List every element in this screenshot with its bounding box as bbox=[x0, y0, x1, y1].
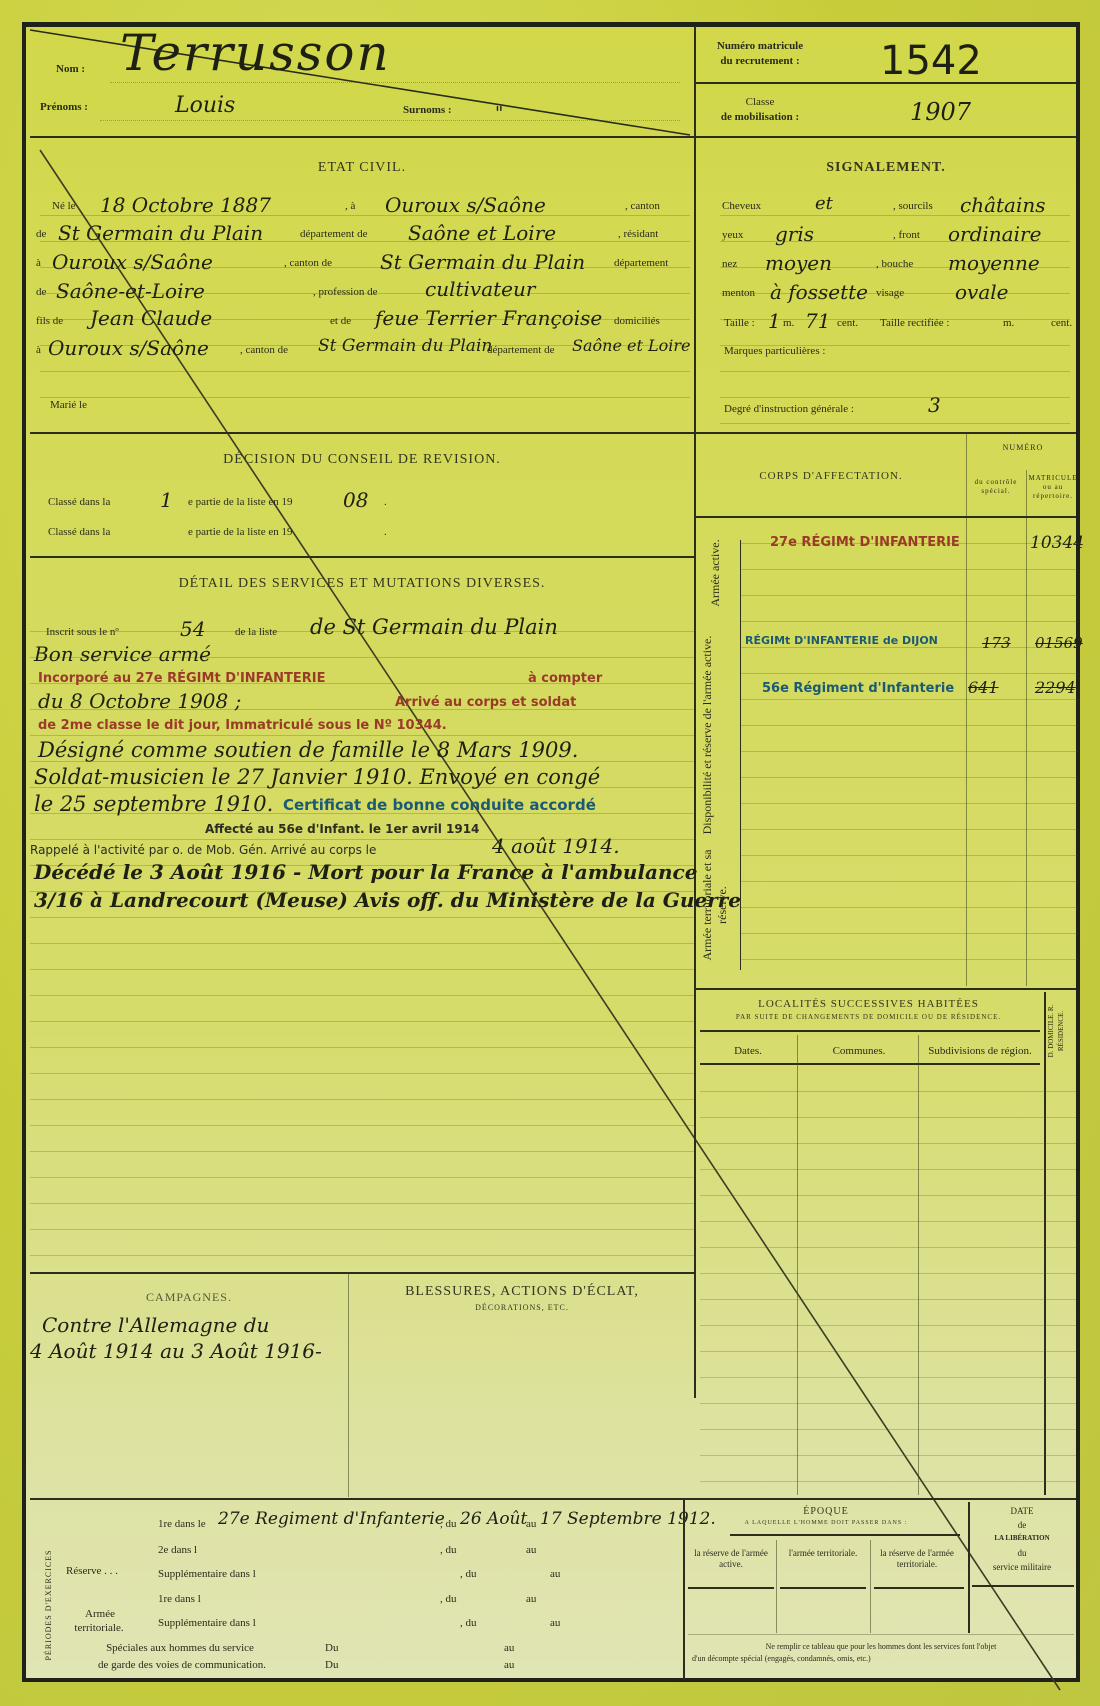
corps-row-2: RÉGIMt D'INFANTERIE de DIJON bbox=[745, 634, 938, 647]
domicile-parents: Ouroux s/Saône bbox=[48, 336, 209, 360]
controle-special-header: du contrôle spécial. bbox=[968, 478, 1024, 496]
conseil-revision-title: DÉCISION DU CONSEIL DE REVISION. bbox=[30, 452, 694, 468]
periode-row-1-du: 26 Août bbox=[460, 1509, 527, 1529]
service-line-avis-officiel: 3/16 à Landrecourt (Meuse) Avis off. du … bbox=[34, 888, 741, 912]
periode-row-3-du-label: , du bbox=[460, 1568, 477, 1580]
periode-row-4-label: 1re dans l bbox=[158, 1593, 201, 1605]
prenoms-label: Prénoms : bbox=[40, 101, 88, 113]
yeux-value: gris bbox=[775, 222, 814, 246]
corps-row-3-controle: 641 bbox=[968, 678, 999, 697]
territoriale-label-1: Armée bbox=[60, 1608, 140, 1620]
matricule-value: 1542 bbox=[880, 38, 982, 84]
liberation-label-2: de bbox=[970, 1520, 1074, 1530]
corps-row-2-matricule: 01569 bbox=[1035, 634, 1083, 652]
mere-value: feue Terrier Françoise bbox=[375, 306, 602, 330]
corps-affectation-header: CORPS D'AFFECTATION. bbox=[696, 470, 966, 482]
profession-label: , profession de bbox=[313, 286, 377, 298]
service-line-conge: le 25 septembre 1910. bbox=[34, 792, 273, 816]
nom-label: Nom : bbox=[56, 63, 85, 75]
liste-value: de St Germain du Plain bbox=[310, 615, 558, 639]
residant-label: , résidant bbox=[618, 228, 658, 240]
service-line-deces: Décédé le 3 Août 1916 - Mort pour la Fra… bbox=[34, 860, 697, 884]
territoriale-label-2: territoriale. bbox=[56, 1622, 142, 1634]
nez-value: moyen bbox=[765, 251, 832, 275]
classe-row-1-label: Classé dans la bbox=[48, 496, 110, 508]
taille-rectifiee-cent-label: cent. bbox=[1051, 317, 1072, 329]
yeux-label: yeux bbox=[722, 229, 743, 241]
residence-commune: Ouroux s/Saône bbox=[52, 250, 213, 274]
service-line-rappel-date: 4 août 1914. bbox=[492, 834, 620, 858]
taille-label: Taille : bbox=[724, 317, 755, 329]
nom-value: Terrusson bbox=[120, 24, 391, 82]
menton-value: à fossette bbox=[770, 280, 868, 304]
a-label: , à bbox=[345, 200, 355, 212]
epoque-col-reserve-territoriale: la réserve de l'armée territoriale. bbox=[872, 1548, 962, 1570]
pere-value: Jean Claude bbox=[90, 306, 212, 330]
taille-cent-label: cent. bbox=[837, 317, 858, 329]
liste-label: de la liste bbox=[235, 626, 277, 638]
periode-row-5-label: Supplémentaire dans l bbox=[158, 1617, 256, 1629]
periode-row-2-au-label: au bbox=[526, 1544, 536, 1556]
classe-row-1-partie-label: e partie de la liste en 19 bbox=[188, 496, 292, 508]
service-line-bon-service: Bon service armé bbox=[34, 642, 211, 666]
canton-label-3: , canton de bbox=[240, 344, 288, 356]
degre-instruction-label: Degré d'instruction générale : bbox=[724, 403, 854, 415]
epoque-note-1: Ne remplir ce tableau que pour les homme… bbox=[686, 1642, 1076, 1651]
canton-parents: St Germain du Plain bbox=[318, 336, 492, 356]
liberation-label-1: DATE bbox=[970, 1506, 1074, 1516]
localites-subtitle: PAR SUITE DE CHANGEMENTS DE DOMICILE OU … bbox=[696, 1013, 1041, 1021]
campagnes-line-2: 4 Août 1914 au 3 Août 1916- bbox=[30, 1339, 322, 1363]
periode-row-5-du-label: , du bbox=[460, 1617, 477, 1629]
service-line-rappele: Rappelé à l'activité par o. de Mob. Gén.… bbox=[30, 843, 376, 857]
visage-label: visage bbox=[876, 287, 904, 299]
surnoms-label: Surnoms : bbox=[403, 104, 452, 116]
marques-label: Marques particulières : bbox=[724, 345, 825, 357]
service-line-incorpore-stamp: Incorporé au 27e RÉGIMt D'INFANTERIE bbox=[38, 671, 326, 686]
corps-row-2-controle: 173 bbox=[982, 634, 1011, 652]
corps-row-3-matricule: 2294 bbox=[1035, 678, 1076, 697]
periode-row-4-au-label: au bbox=[526, 1593, 536, 1605]
epoque-subtitle: A LAQUELLE L'HOMME DOIT PASSER DANS : bbox=[686, 1520, 966, 1526]
group-disponibilite-reserve: Disponibilité et réserve de l'armée acti… bbox=[700, 635, 715, 835]
classe-row-2-end: . bbox=[384, 526, 387, 538]
periode-row-1-value: 27e Regiment d'Infanterie bbox=[218, 1509, 445, 1529]
front-label: , front bbox=[893, 229, 920, 241]
departement-label-2: département bbox=[614, 257, 668, 269]
lieu-naissance: Ouroux s/Saône bbox=[385, 193, 546, 217]
sourcils-value: châtains bbox=[960, 193, 1046, 217]
classe-row-1-end: . bbox=[384, 496, 387, 508]
speciales-label-1: Spéciales aux hommes du service bbox=[60, 1642, 300, 1654]
reserve-label: Réserve . . . bbox=[66, 1565, 118, 1577]
departement-naissance: Saône et Loire bbox=[408, 221, 556, 245]
taille-rectifiee-m-label: m. bbox=[1003, 317, 1014, 329]
service-line-date-incorporation: du 8 Octobre 1908 ; bbox=[38, 689, 241, 713]
classe-label-2: de mobilisation : bbox=[700, 111, 820, 123]
periode-row-1-au-label: au bbox=[526, 1518, 536, 1530]
date-naissance: 18 Octobre 1887 bbox=[100, 193, 271, 217]
cheveux-label: Cheveux bbox=[722, 200, 761, 212]
profession-value: cultivateur bbox=[425, 277, 535, 301]
canton-label-2: , canton de bbox=[284, 257, 332, 269]
sourcils-label: , sourcils bbox=[893, 200, 933, 212]
departement-label: département de bbox=[300, 228, 368, 240]
signalement-title: SIGNALEMENT. bbox=[696, 160, 1076, 176]
nez-label: nez bbox=[722, 258, 737, 270]
service-line-soldat-musicien: Soldat-musicien le 27 Janvier 1910. Envo… bbox=[34, 765, 600, 789]
campagnes-line-1: Contre l'Allemagne du bbox=[42, 1313, 269, 1337]
localites-col-communes: Communes. bbox=[800, 1045, 918, 1057]
residence-departement: Saône-et-Loire bbox=[56, 279, 205, 303]
a-label-3: à bbox=[36, 344, 41, 356]
speciales-au-2: au bbox=[504, 1659, 514, 1671]
periode-row-3-label: Supplémentaire dans l bbox=[158, 1568, 256, 1580]
marie-le-label: Marié le bbox=[50, 399, 87, 411]
speciales-au-1: au bbox=[504, 1642, 514, 1654]
localites-title: LOCALITÉS SUCCESSIVES HABITÉES bbox=[696, 998, 1041, 1010]
epoque-col-territoriale: l'armée territoriale. bbox=[778, 1548, 868, 1559]
periode-row-1-label: 1re dans le bbox=[158, 1518, 206, 1530]
speciales-du-1: Du bbox=[325, 1642, 338, 1654]
classe-label-1: Classe bbox=[700, 96, 820, 108]
departement-parents: Saône et Loire bbox=[572, 336, 690, 355]
fils-de-label: fils de bbox=[36, 315, 63, 327]
taille-centimetres: 71 bbox=[805, 309, 830, 333]
corps-row-3: 56e Régiment d'Infanterie bbox=[762, 681, 954, 696]
liberation-label-4: du bbox=[970, 1548, 1074, 1558]
group-armee-territoriale: Armée territoriale et sa réserve. bbox=[700, 835, 730, 975]
domicilies-label: domiciliés bbox=[614, 315, 660, 327]
periode-row-3-au-label: au bbox=[550, 1568, 560, 1580]
liberation-label-5: service militaire bbox=[970, 1562, 1074, 1572]
periode-row-2-label: 2e dans l bbox=[158, 1544, 197, 1556]
bouche-label: , bouche bbox=[876, 258, 913, 270]
periode-row-2-du-label: , du bbox=[440, 1544, 457, 1556]
epoque-title: ÉPOQUE bbox=[686, 1506, 966, 1517]
service-line-immatricule: de 2me classe le dit jour, Immatriculé s… bbox=[38, 718, 447, 733]
inscrit-label: Inscrit sous le nº bbox=[46, 626, 119, 638]
matricule-repertoire-header: MATRICULE ou au répertoire. bbox=[1026, 474, 1080, 501]
periode-row-5-au-label: au bbox=[550, 1617, 560, 1629]
epoque-col-reserve-active: la réserve de l'armée active. bbox=[688, 1548, 774, 1570]
domicile-residence-label: D. DOMICILE. R. RÉSIDENCE. bbox=[1046, 996, 1066, 1066]
service-line-affecte-stamp: Affecté au 56e d'Infant. le 1er avril 19… bbox=[205, 822, 479, 836]
classe-row-2-label: Classé dans la bbox=[48, 526, 110, 538]
inscrit-value: 54 bbox=[180, 617, 205, 641]
taille-m-label: m. bbox=[783, 317, 794, 329]
numero-header: NUMÉRO bbox=[968, 443, 1078, 452]
matricule-label-2: du recrutement : bbox=[700, 55, 820, 67]
services-title: DÉTAIL DES SERVICES ET MUTATIONS DIVERSE… bbox=[30, 576, 694, 592]
ne-le-label: Né le bbox=[52, 200, 76, 212]
campagnes-title: CAMPAGNES. bbox=[30, 1290, 348, 1305]
liberation-label-3: LA LIBÉRATION bbox=[970, 1534, 1074, 1542]
bouche-value: moyenne bbox=[948, 251, 1040, 275]
canton-naissance: St Germain du Plain bbox=[58, 221, 263, 245]
speciales-du-2: Du bbox=[325, 1659, 338, 1671]
a-label-2: à bbox=[36, 257, 41, 269]
service-line-arrive-corps: Arrivé au corps et soldat bbox=[395, 695, 576, 710]
classe-value: 1907 bbox=[910, 98, 971, 126]
front-value: ordinaire bbox=[948, 222, 1041, 246]
departement-label-3: département de bbox=[487, 344, 555, 356]
taille-rectifiee-label: Taille rectifiée : bbox=[880, 317, 949, 329]
classe-row-1-annee: 08 bbox=[343, 488, 368, 512]
classe-row-1-partie: 1 bbox=[160, 488, 173, 512]
visage-value: ovale bbox=[955, 280, 1009, 304]
de-label-2: de bbox=[36, 286, 46, 298]
speciales-label-2: de garde des voies de communication. bbox=[52, 1659, 312, 1671]
blessures-subtitle: DÉCORATIONS, ETC. bbox=[350, 1303, 694, 1312]
periodes-side-label: PÉRIODES D'EXERCICES bbox=[44, 1530, 53, 1680]
periode-row-1-du-label: , du bbox=[440, 1518, 457, 1530]
periode-row-4-du-label: , du bbox=[440, 1593, 457, 1605]
degre-instruction-value: 3 bbox=[928, 393, 941, 417]
blessures-title: BLESSURES, ACTIONS D'ÉCLAT, bbox=[350, 1284, 694, 1300]
de-label: de bbox=[36, 228, 46, 240]
etat-civil-title: ETAT CIVIL. bbox=[30, 160, 694, 176]
corps-row-1-matricule: 10344 bbox=[1030, 533, 1084, 553]
group-armee-active: Armée active. bbox=[708, 518, 723, 628]
matricule-label-1: Numéro matricule bbox=[700, 40, 820, 52]
localites-col-dates: Dates. bbox=[700, 1045, 796, 1057]
service-line-a-compter: à compter bbox=[528, 671, 602, 686]
cheveux-value: et bbox=[815, 193, 833, 214]
localites-col-subdivisions: Subdivisions de région. bbox=[920, 1045, 1040, 1057]
canton-label: , canton bbox=[625, 200, 660, 212]
classe-row-2-partie-label: e partie de la liste en 19 bbox=[188, 526, 292, 538]
menton-label: menton bbox=[722, 287, 755, 299]
corps-row-1: 27e RÉGIMt D'INFANTERIE bbox=[770, 535, 960, 550]
residence-canton: St Germain du Plain bbox=[380, 250, 585, 274]
service-line-certificat-stamp: Certificat de bonne conduite accordé bbox=[283, 796, 596, 814]
prenoms-value: Louis bbox=[175, 93, 235, 118]
service-line-soutien-famille: Désigné comme soutien de famille le 8 Ma… bbox=[38, 738, 578, 762]
mere-label: et de bbox=[330, 315, 351, 327]
epoque-note-2: d'un décompte spécial (engagés, condamné… bbox=[692, 1654, 871, 1663]
taille-metres: 1 bbox=[768, 309, 781, 333]
